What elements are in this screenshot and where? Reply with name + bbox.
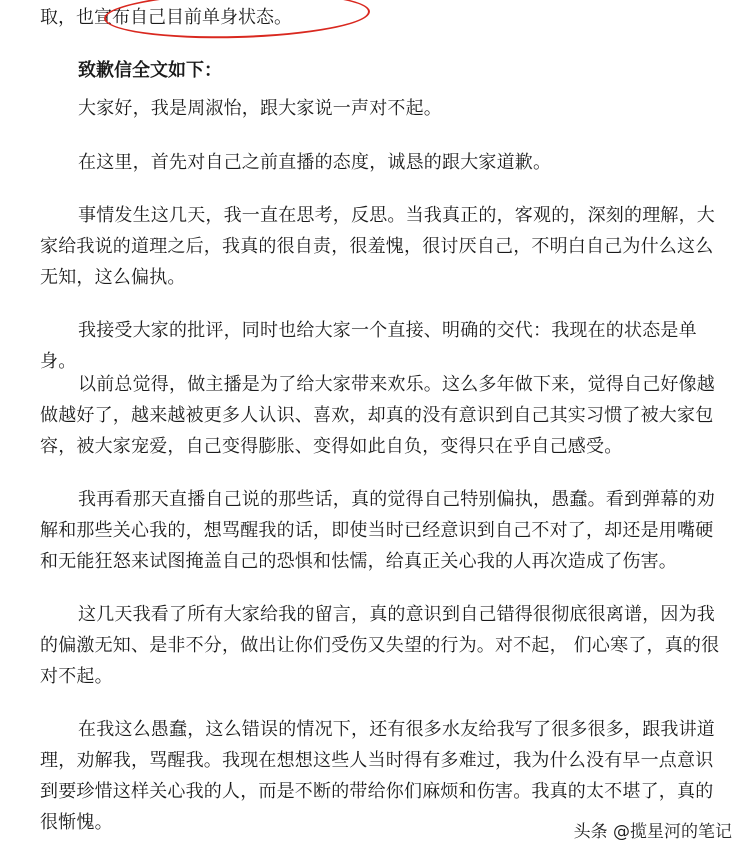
source-watermark: 头条 @揽星河的笔记 — [574, 817, 732, 842]
paragraph-3: 事情发生这几天，我一直在思考，反思。当我真正的，客观的，深刻的理解，大家给我说的… — [40, 200, 730, 293]
first-line-prefix: 取， — [40, 7, 76, 28]
paragraph-4: 我接受大家的批评，同时也给大家一个直接、明确的交代：我现在的状态是单身。 — [40, 315, 730, 377]
paragraph-2: 在这里，首先对自己之前直播的态度，诚恳的跟大家道歉。 — [40, 147, 730, 178]
highlighted-text: 也宣布自己目前单身状态。 — [76, 7, 292, 28]
paragraph-7: 这几天我看了所有大家给我的留言，真的意识到自己错得很彻底很离谱，因为我的偏激无知… — [40, 599, 730, 692]
paragraph-5: 以前总觉得，做主播是为了给大家带来欢乐。这么多年做下来，觉得自己好像越做越好了，… — [40, 369, 730, 462]
first-line: 取，也宣布自己目前单身状态。 — [40, 2, 292, 33]
letter-heading: 致歉信全文如下： — [78, 55, 222, 86]
paragraph-1: 大家好，我是周淑怡，跟大家说一声对不起。 — [40, 93, 730, 124]
paragraph-6: 我再看那天直播自己说的那些话，真的觉得自己特别偏执，愚蠢。看到弹幕的劝解和那些关… — [40, 484, 730, 577]
